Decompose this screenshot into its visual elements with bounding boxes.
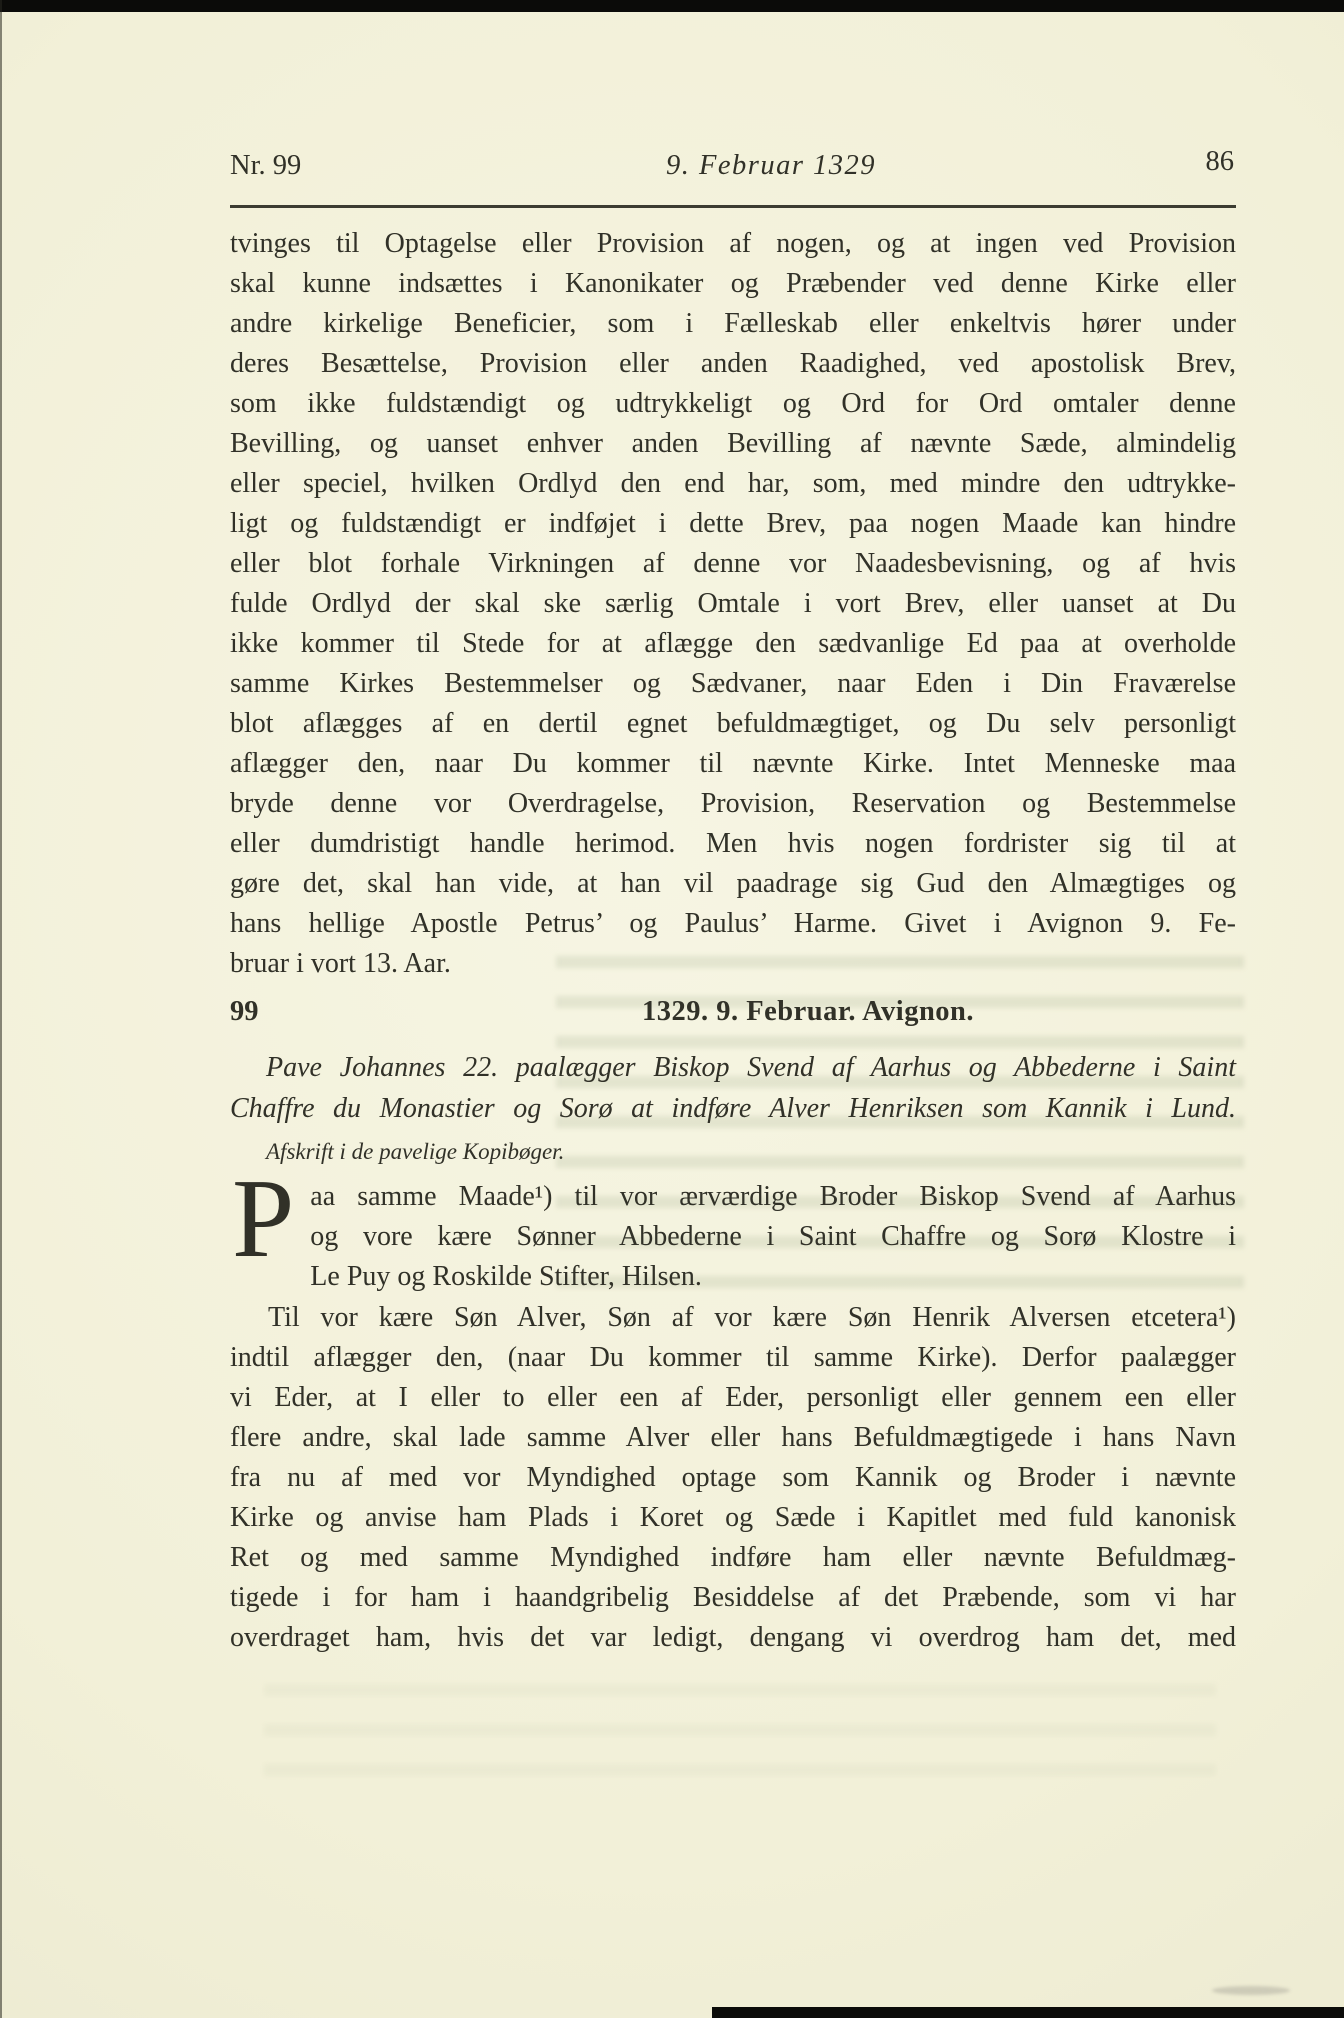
text-line: ikke kommer til Stede for at aflægge den… [230, 624, 1236, 664]
text-line: deres Besættelse, Provision eller anden … [230, 344, 1236, 384]
text-line: andre kirkelige Beneficier, som i Fælles… [230, 304, 1236, 344]
text-line: Le Puy og Roskilde Stifter, Hilsen. [230, 1257, 1236, 1297]
text-line: eller blot forhale Virkningen af denne v… [230, 544, 1236, 584]
text-line: eller dumdristigt handle herimod. Men hv… [230, 824, 1236, 864]
text-line: fulde Ordlyd der skal ske særlig Omtale … [230, 584, 1236, 624]
text-line: overdraget ham, hvis det var ledigt, den… [230, 1618, 1236, 1658]
bottom-scan-edge [712, 2007, 1344, 2018]
header-rule [230, 205, 1236, 208]
text-line: Chaffre du Monastier og Sorø at indføre … [230, 1088, 1236, 1129]
entry-heading: 1329. 9. Februar. Avignon. [642, 996, 974, 1028]
scanned-page: Nr. 99 9. Februar 1329 86 tvinges til Op… [0, 0, 1344, 2018]
text-line: indtil aflægger den, (naar Du kommer til… [230, 1338, 1236, 1378]
text-line: samme Kirkes Bestemmelser og Sædvaner, n… [230, 664, 1236, 704]
text-line: ligt og fuldstændigt er indføjet i dette… [230, 504, 1236, 544]
text-line: eller speciel, hvilken Ordlyd den end ha… [230, 464, 1236, 504]
text-line: bryde denne vor Overdragelse, Provision,… [230, 784, 1236, 824]
text-line: bruar i vort 13. Aar. [230, 944, 1236, 984]
text-line: hans hellige Apostle Petrus’ og Paulus’ … [230, 904, 1236, 944]
scan-smudge [1212, 1986, 1290, 1995]
text-line: aa samme Maade¹) til vor ærværdige Brode… [230, 1177, 1236, 1217]
page-header: Nr. 99 9. Februar 1329 86 [230, 150, 1236, 192]
left-scan-edge [0, 0, 2, 2018]
text-line: flere andre, skal lade samme Alver eller… [230, 1418, 1236, 1458]
drop-cap: P [230, 1177, 310, 1258]
text-line: gøre det, skal han vide, at han vil paad… [230, 864, 1236, 904]
text-line: Pave Johannes 22. paalægger Biskop Svend… [230, 1047, 1236, 1088]
text-line: Ret og med samme Myndighed indføre ham e… [230, 1538, 1236, 1578]
text-line: vi Eder, at I eller to eller een af Eder… [230, 1378, 1236, 1418]
text-line: Til vor kære Søn Alver, Søn af vor kære … [230, 1298, 1236, 1338]
entry-number: 99 [230, 996, 259, 1028]
text-line: skal kunne indsættes i Kanonikater og Pr… [230, 264, 1236, 304]
show-through-ghosting [264, 1684, 1216, 1802]
header-date: 9. Februar 1329 [666, 150, 876, 182]
header-page-number: 86 [1206, 146, 1235, 178]
entry-heading-row: 99 1329. 9. Februar. Avignon. [230, 996, 1236, 1036]
text-line: tvinges til Optagelse eller Provision af… [230, 224, 1236, 264]
text-line: fra nu af med vor Myndighed optage som K… [230, 1458, 1236, 1498]
text-line: Kirke og anvise ham Plads i Koret og Sæd… [230, 1498, 1236, 1538]
continuation-paragraph: tvinges til Optagelse eller Provision af… [230, 224, 1236, 984]
header-entry-number: Nr. 99 [230, 150, 301, 182]
text-line: som ikke fuldstændigt og udtrykkeligt og… [230, 384, 1236, 424]
text-line: Bevilling, og uanset enhver anden Bevill… [230, 424, 1236, 464]
entry-source-note: Afskrift i de pavelige Kopibøger. [266, 1139, 564, 1165]
top-scan-edge [0, 0, 1344, 12]
entry-paragraph-1: P aa samme Maade¹) til vor ærværdige Bro… [230, 1177, 1236, 1297]
text-line: og vore kære Sønner Abbederne i Saint Ch… [230, 1217, 1236, 1257]
entry-paragraph-2: Til vor kære Søn Alver, Søn af vor kære … [230, 1298, 1236, 1658]
text-line: blot aflægges af en dertil egnet befuldm… [230, 704, 1236, 744]
text-line: aflægger den, naar Du kommer til nævnte … [230, 744, 1236, 784]
entry-summary: Pave Johannes 22. paalægger Biskop Svend… [230, 1047, 1236, 1129]
text-line: tigede i for ham i haandgribelig Besidde… [230, 1578, 1236, 1618]
